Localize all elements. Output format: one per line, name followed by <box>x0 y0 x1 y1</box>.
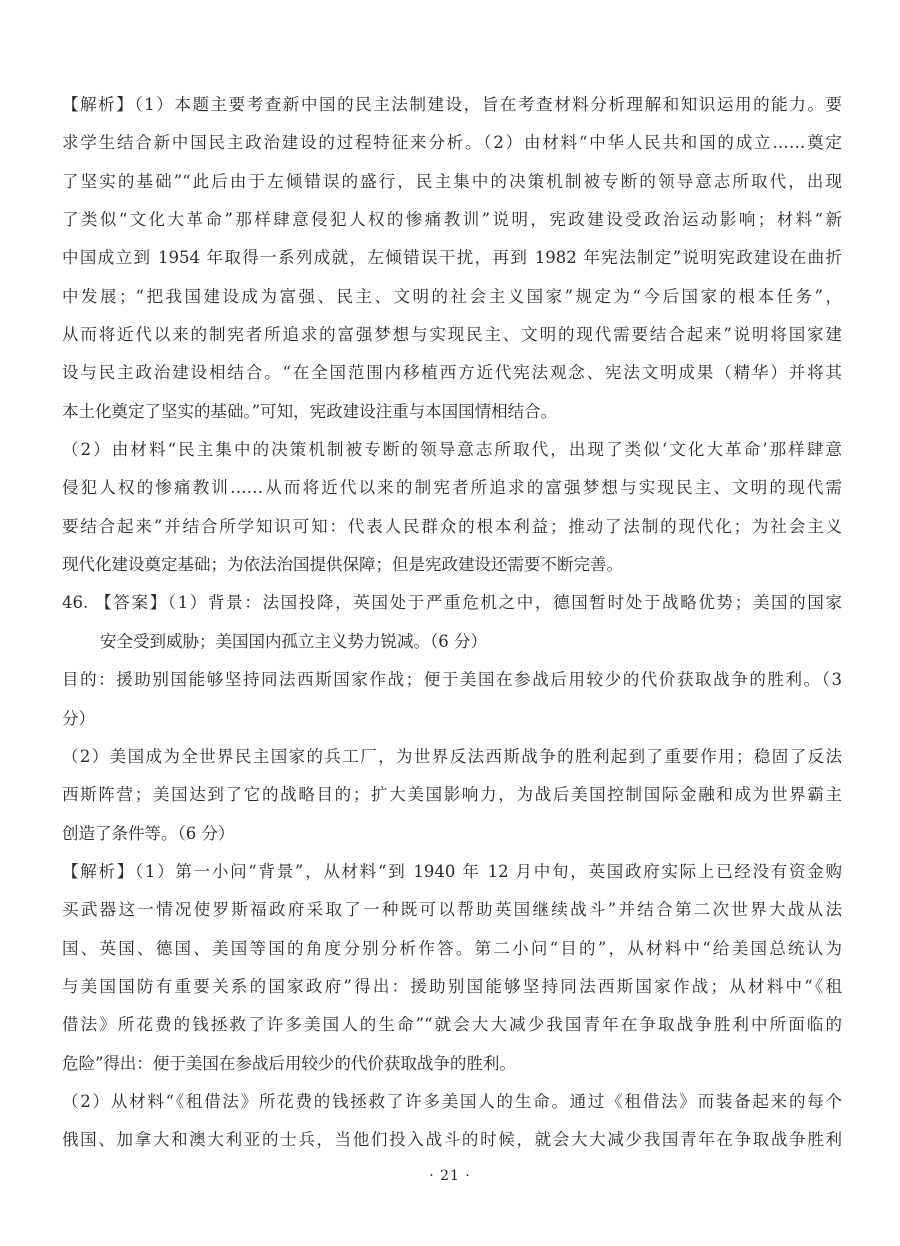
page-number: · 21 · <box>0 1166 900 1186</box>
analysis-q45-part2: （2）由材料“民主集中的决策机制被专断的领导意志所取代，出现了类似‘文化大革命’… <box>62 431 842 584</box>
text-line: 买武器这一情况使罗斯福政府采取了一种既可以帮助英国继续战斗”并结合第二次世界大战… <box>62 891 842 929</box>
text-line: 西斯阵营；美国达到了它的战略目的；扩大美国影响力，为战后美国控制国际金融和成为世… <box>62 776 842 814</box>
text-line: （2）美国成为全世界民主国家的兵工厂，为世界反法西斯战争的胜利起到了重要作用；稳… <box>62 738 842 776</box>
text-line: 46. 【答案】（1）背景：法国投降，英国处于严重危机之中，德国暂时处于战略优势… <box>62 584 842 622</box>
text-line: 了类似“文化大革命”那样肆意侵犯人权的惨痛教训”说明，宪政建设受政治运动影响；材… <box>62 201 842 239</box>
answer-q46-part2: （2）美国成为全世界民主国家的兵工厂，为世界反法西斯战争的胜利起到了重要作用；稳… <box>62 738 842 853</box>
text-line: 国、英国、德国、美国等国的角度分别分析作答。第二小问“目的”，从材料中“给美国总… <box>62 930 842 968</box>
text-line: 安全受到威胁；美国国内孤立主义势力锐减。（6 分） <box>100 623 842 661</box>
analysis-q46-part2: （2）从材料“《租借法》所花费的钱拯救了许多美国人的生命。通过《租借法》而装备起… <box>62 1083 842 1160</box>
text-line: 侵犯人权的惨痛教训……从而将近代以来的制宪者所追求的富强梦想与实现民主、文明的现… <box>62 469 842 507</box>
analysis-q46: 【解析】（1）第一小问“背景”，从材料“到 1940 年 12 月中旬，英国政府… <box>62 853 842 1083</box>
text-line: 现代化建设奠定基础；为依法治国提供保障；但是宪政建设还需要不断完善。 <box>62 546 842 584</box>
text-line: 危险”得出：便于美国在参战后用较少的代价获取战争的胜利。 <box>62 1045 842 1083</box>
text-line: 本土化奠定了坚实的基础。”可知，宪政建设注重与本国国情相结合。 <box>62 393 842 431</box>
text-line: 设与民主政治建设相结合。“在全国范围内移植西方近代宪法观念、宪法文明成果（精华）… <box>62 354 842 392</box>
text-line: 【解析】（1）本题主要考查新中国的民主法制建设，旨在考查材料分析理解和知识运用的… <box>62 86 842 124</box>
text-line: 中国成立到 1954 年取得一系列成就，左倾错误干扰，再到 1982 年宪法制定… <box>62 239 842 277</box>
document-page: 【解析】（1）本题主要考查新中国的民主法制建设，旨在考查材料分析理解和知识运用的… <box>0 0 900 1246</box>
text-line: 借法》所花费的钱拯救了许多美国人的生命”“就会大大减少我国青年在争取战争胜利中所… <box>62 1006 842 1044</box>
analysis-q45: 【解析】（1）本题主要考查新中国的民主法制建设，旨在考查材料分析理解和知识运用的… <box>62 86 842 431</box>
text-line: 创造了条件等。（6 分） <box>62 815 842 853</box>
text-line: 俄国、加拿大和澳大利亚的士兵，当他们投入战斗的时候，就会大大减少我国青年在争取战… <box>62 1121 842 1159</box>
text-line: 求学生结合新中国民主政治建设的过程特征来分析。（2）由材料“中华人民共和国的成立… <box>62 124 842 162</box>
text-line: 目的：援助别国能够坚持同法西斯国家作战；便于美国在参战后用较少的代价获取战争的胜… <box>62 661 842 699</box>
text-line: 分） <box>62 700 842 738</box>
text-line: 要结合起来”并结合所学知识可知：代表人民群众的根本利益；推动了法制的现代化；为社… <box>62 508 842 546</box>
text-line: （2）从材料“《租借法》所花费的钱拯救了许多美国人的生命。通过《租借法》而装备起… <box>62 1083 842 1121</box>
text-line: 从而将近代以来的制宪者所追求的富强梦想与实现民主、文明的现代需要结合起来”说明将… <box>62 316 842 354</box>
text-line: 中发展；“把我国建设成为富强、民主、文明的社会主义国家”规定为“今后国家的根本任… <box>62 278 842 316</box>
text-line: 与美国国防有重要关系的国家政府”得出：援助别国能够坚持同法西斯国家作战；从材料中… <box>62 968 842 1006</box>
text-line: 【解析】（1）第一小问“背景”，从材料“到 1940 年 12 月中旬，英国政府… <box>62 853 842 891</box>
text-line: 了坚实的基础”“此后由于左倾错误的盛行，民主集中的决策机制被专断的领导意志所取代… <box>62 163 842 201</box>
answer-q46: 46. 【答案】（1）背景：法国投降，英国处于严重危机之中，德国暂时处于战略优势… <box>62 584 842 661</box>
document-body: 【解析】（1）本题主要考查新中国的民主法制建设，旨在考查材料分析理解和知识运用的… <box>0 0 900 1160</box>
answer-q46-purpose: 目的：援助别国能够坚持同法西斯国家作战；便于美国在参战后用较少的代价获取战争的胜… <box>62 661 842 738</box>
text-line: （2）由材料“民主集中的决策机制被专断的领导意志所取代，出现了类似‘文化大革命’… <box>62 431 842 469</box>
